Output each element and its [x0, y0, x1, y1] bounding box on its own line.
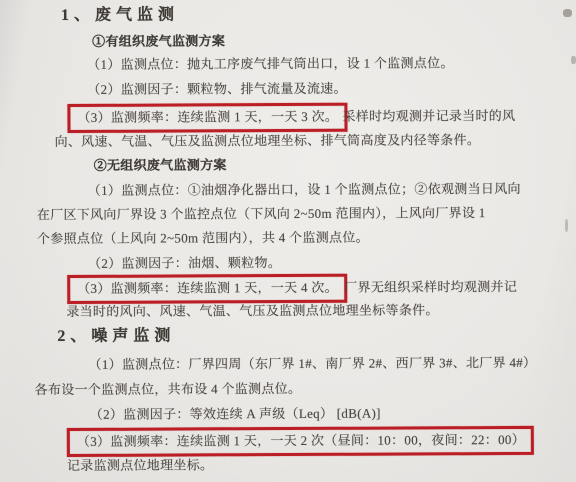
organized-waste-gas-plan-heading: ①有组织废气监测方案 [92, 33, 225, 49]
highlight-box-unorganized-frequency: （3）监测频率：连续监测 1 天，一天 4 次。 [67, 274, 347, 304]
noise-monitoring-points: （1）监测点位：厂界四周（东厂界 1#、南厂界 2#、西厂界 3#、北厂界 4#… [89, 355, 537, 372]
unorganized-frequency-continuation: 录当时的风向、风速、气温、气压及监测点位地理坐标等条件。 [66, 302, 438, 319]
unorganized-monitoring-frequency: （3）监测频率：连续监测 1 天，一天 4 次。 [77, 280, 338, 296]
organized-frequency-continuation: 向、风速、气温、气压及监测点位地理坐标、排气筒高度及内径等条件。 [55, 132, 481, 149]
highlight-box-noise-frequency: （3）监测频率：连续监测 1 天，一天 2 次（昼间：10：00，夜间：22：0… [67, 426, 534, 457]
scan-speck [565, 219, 568, 232]
organized-monitoring-frequency: （3）监测频率：连续监测 1 天，一天 3 次。 [77, 109, 338, 125]
noise-points-continuation: 各布设一个监测点位，共布设 4 个监测点位。 [35, 381, 302, 397]
scan-speck [571, 56, 576, 64]
unorganized-monitoring-factors: （2）监测因子：油烟、颗粒物。 [88, 255, 281, 271]
highlight-box-organized-frequency: （3）监测频率：连续监测 1 天，一天 3 次。 [67, 103, 347, 133]
noise-frequency-continuation: 记录监测点位地理坐标。 [67, 457, 213, 473]
scanned-document-page: 1、废气监测 ①有组织废气监测方案 （1）监测点位：抛丸工序废气排气筒出口，设 … [0, 0, 576, 482]
scan-speck [563, 9, 572, 17]
unorganized-points-continuation-1: 在厂区下风向厂界设 3 个监控点位（下风向 2~50m 范围内），上风向厂界设 … [37, 205, 486, 222]
unorganized-points-continuation-2: 个参照点位（上风向 2~50m 范围内），共 4 个监测点位。 [37, 230, 369, 246]
unorganized-frequency-after-text: 厂界无组织采样时均观测并记 [344, 279, 517, 295]
document-content: 1、废气监测 ①有组织废气监测方案 （1）监测点位：抛丸工序废气排气筒出口，设 … [0, 0, 576, 482]
organized-monitoring-factors: （2）监测因子：颗粒物、排气流量及流速。 [87, 81, 347, 97]
organized-frequency-after-text: 采样时均观测并记录当时的风 [342, 108, 515, 124]
organized-monitoring-points: （1）监测点位：抛丸工序废气排气筒出口，设 1 个监测点位。 [87, 55, 454, 72]
unorganized-waste-gas-plan-heading: ②无组织废气监测方案 [94, 157, 227, 173]
noise-monitoring-frequency: （3）监测频率：连续监测 1 天，一天 2 次（昼间：10：00，夜间：22：0… [77, 432, 525, 449]
section1-heading: 1、废气监测 [61, 6, 179, 24]
noise-monitoring-factors: （2）监测因子：等效连续 A 声级（Leq） [dB(A)] [90, 406, 381, 422]
unorganized-monitoring-points: （1）监测点位：①油烟净化器出口，设 1 个监测点位；②依观测当日风向 [88, 181, 521, 198]
section2-heading: 2、噪声监测 [57, 327, 175, 345]
